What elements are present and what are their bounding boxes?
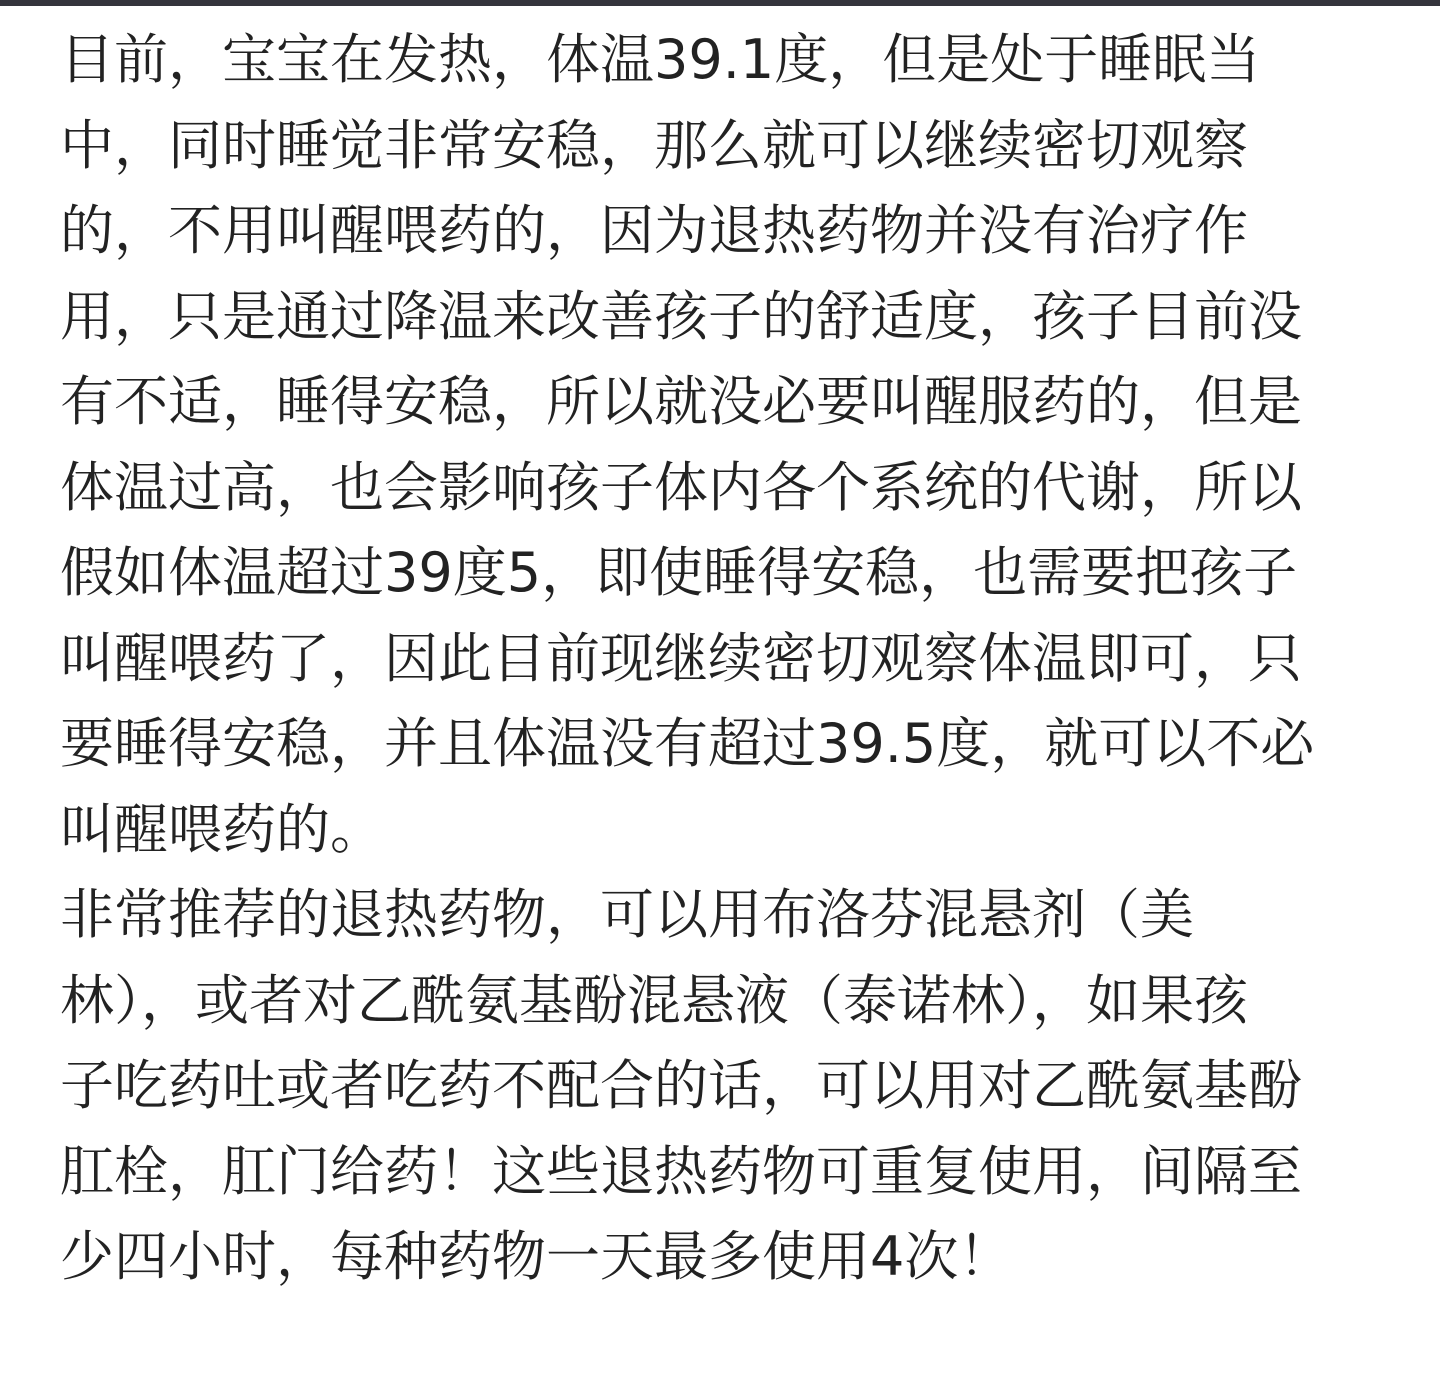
text-line: 中，同时睡觉非常安稳，那么就可以继续密切观察 — [60, 103, 1360, 189]
text-line: 林），或者对乙酰氨基酚混悬液（泰诺林），如果孩 — [60, 958, 1360, 1044]
paragraph-medication-recommendation: 非常推荐的退热药物，可以用布洛芬混悬剂（美 林），或者对乙酰氨基酚混悬液（泰诺林… — [60, 872, 1360, 1300]
text-line: 目前，宝宝在发热，体温39.1度，但是处于睡眠当 — [60, 17, 1360, 103]
text-line: 假如体温超过39度5，即使睡得安稳，也需要把孩子 — [60, 530, 1360, 616]
text-line: 体温过高，也会影响孩子体内各个系统的代谢，所以 — [60, 445, 1360, 531]
text-line: 肛栓，肛门给药！这些退热药物可重复使用，间隔至 — [60, 1129, 1360, 1215]
text-line: 用，只是通过降温来改善孩子的舒适度，孩子目前没 — [60, 274, 1360, 360]
text-line: 要睡得安稳，并且体温没有超过39.5度，就可以不必 — [60, 701, 1360, 787]
text-line: 子吃药吐或者吃药不配合的话，可以用对乙酰氨基酚 — [60, 1043, 1360, 1129]
text-line: 少四小时，每种药物一天最多使用4次！ — [60, 1214, 1360, 1300]
text-line: 有不适，睡得安稳，所以就没必要叫醒服药的，但是 — [60, 359, 1360, 445]
paragraph-fever-advice: 目前，宝宝在发热，体温39.1度，但是处于睡眠当 中，同时睡觉非常安稳，那么就可… — [60, 17, 1360, 872]
text-line: 的，不用叫醒喂药的，因为退热药物并没有治疗作 — [60, 188, 1360, 274]
text-line: 叫醒喂药的。 — [60, 787, 1360, 873]
text-line: 非常推荐的退热药物，可以用布洛芬混悬剂（美 — [60, 872, 1360, 958]
text-line: 叫醒喂药了，因此目前现继续密切观察体温即可，只 — [60, 616, 1360, 702]
article-body: 目前，宝宝在发热，体温39.1度，但是处于睡眠当 中，同时睡觉非常安稳，那么就可… — [60, 17, 1360, 1300]
status-bar — [0, 0, 1440, 6]
